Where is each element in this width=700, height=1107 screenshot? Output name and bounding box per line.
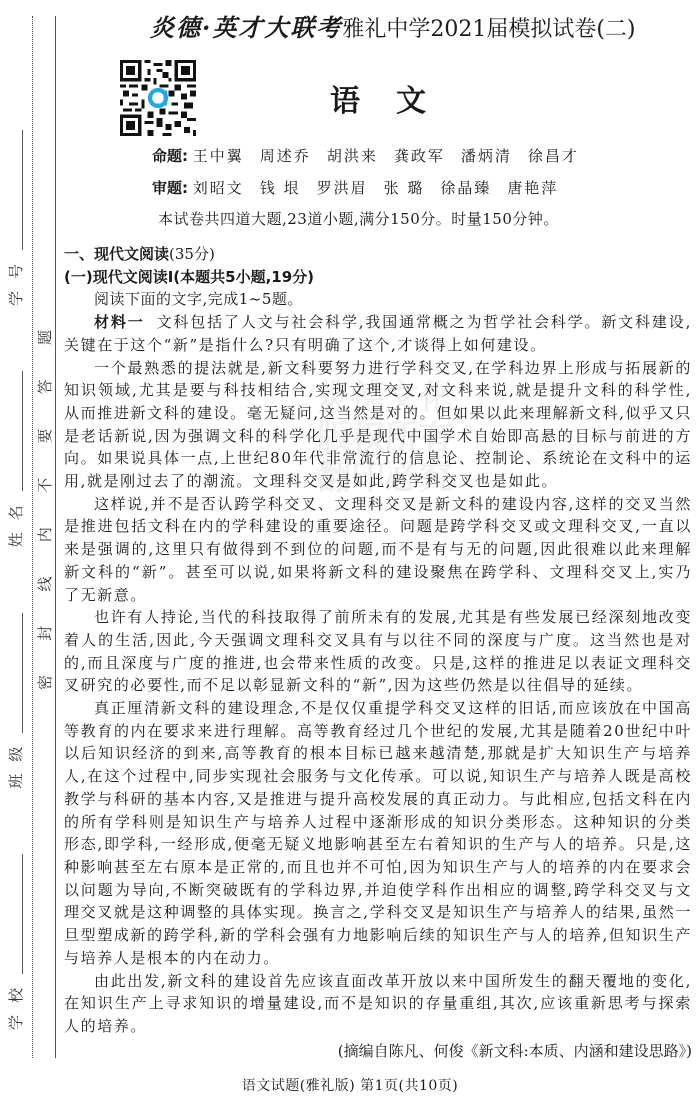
subject-title: 语文	[330, 76, 462, 120]
reviewers-line: 审题: 刘昭文钱 垠罗洪眉张 璐徐晶臻唐艳萍	[152, 178, 574, 198]
reading-section: 一、现代文阅读(35分) (一)现代文阅读Ⅰ(本题共5小题,19分) 阅读下面的…	[64, 243, 692, 1062]
section-heading: 一、现代文阅读(35分)	[64, 243, 692, 266]
paragraph: 一个最熟悉的提法就是,新文科要努力进行学科交叉,在学科边界上形成与拓展新的知识领…	[64, 357, 692, 493]
class-blank[interactable]	[8, 613, 23, 733]
setters-line: 命题: 王中翼周述乔胡洪来龚政军潘炳清徐昌才	[152, 146, 595, 166]
school-blank[interactable]	[8, 854, 23, 974]
field-school[interactable]: 学校	[5, 854, 26, 1030]
field-class[interactable]: 班级	[5, 613, 26, 789]
field-student-id[interactable]: 学号	[5, 130, 26, 306]
exam-name: 雅礼中学2021届模拟试卷(二)	[342, 17, 635, 42]
student-id-blank[interactable]	[8, 130, 23, 250]
margin-solid-line	[55, 16, 56, 1058]
exam-title: 炎德·英才大联考雅礼中学2021届模拟试卷(二)	[150, 12, 636, 46]
brand-name: 炎德·英才大联考	[150, 13, 342, 42]
student-info-fields: 学校 班级 姓名 学号	[2, 130, 28, 1030]
paragraph: 也许有人持论,当代的科技取得了前所未有的发展,尤其是有些发展已经深刻地改变着人的…	[64, 606, 692, 697]
paragraph: 材料一文科包括了人文与社会科学,我国通常概之为哲学社会科学。新文科建设,关键在于…	[64, 311, 692, 356]
source-citation: (摘编自陈凡、何俊《新文科:本质、内涵和建设思路》)	[64, 1040, 692, 1063]
paragraph: 由此出发,新文科的建设首先应该直面改革开放以来中国所发生的翻天覆地的变化,在知识…	[64, 970, 692, 1038]
qr-code-icon[interactable]	[120, 60, 196, 136]
subsection-heading: (一)现代文阅读Ⅰ(本题共5小题,19分)	[64, 266, 692, 289]
paragraph: 真正厘清新文科的建设理念,不是仅仅重提学科交叉这样的旧话,而应该放在中国高等教育…	[64, 697, 692, 969]
exam-info: 本试卷共四道大题,23道小题,满分150分。时量150分钟。	[158, 208, 559, 229]
material-label: 材料一	[94, 313, 145, 331]
instruction: 阅读下面的文字,完成1~5题。	[64, 288, 692, 311]
page-footer: 语文试题(雅礼版) 第1页(共10页)	[0, 1075, 700, 1095]
name-blank[interactable]	[8, 371, 23, 491]
paragraph: 这样说,并不是否认跨学科交叉、文理科交叉是新文科的建设内容,这样的交叉当然是推进…	[64, 493, 692, 607]
seal-warning: 密 封 线 内 不 要 答 题	[34, 330, 54, 690]
field-name[interactable]: 姓名	[5, 371, 26, 547]
